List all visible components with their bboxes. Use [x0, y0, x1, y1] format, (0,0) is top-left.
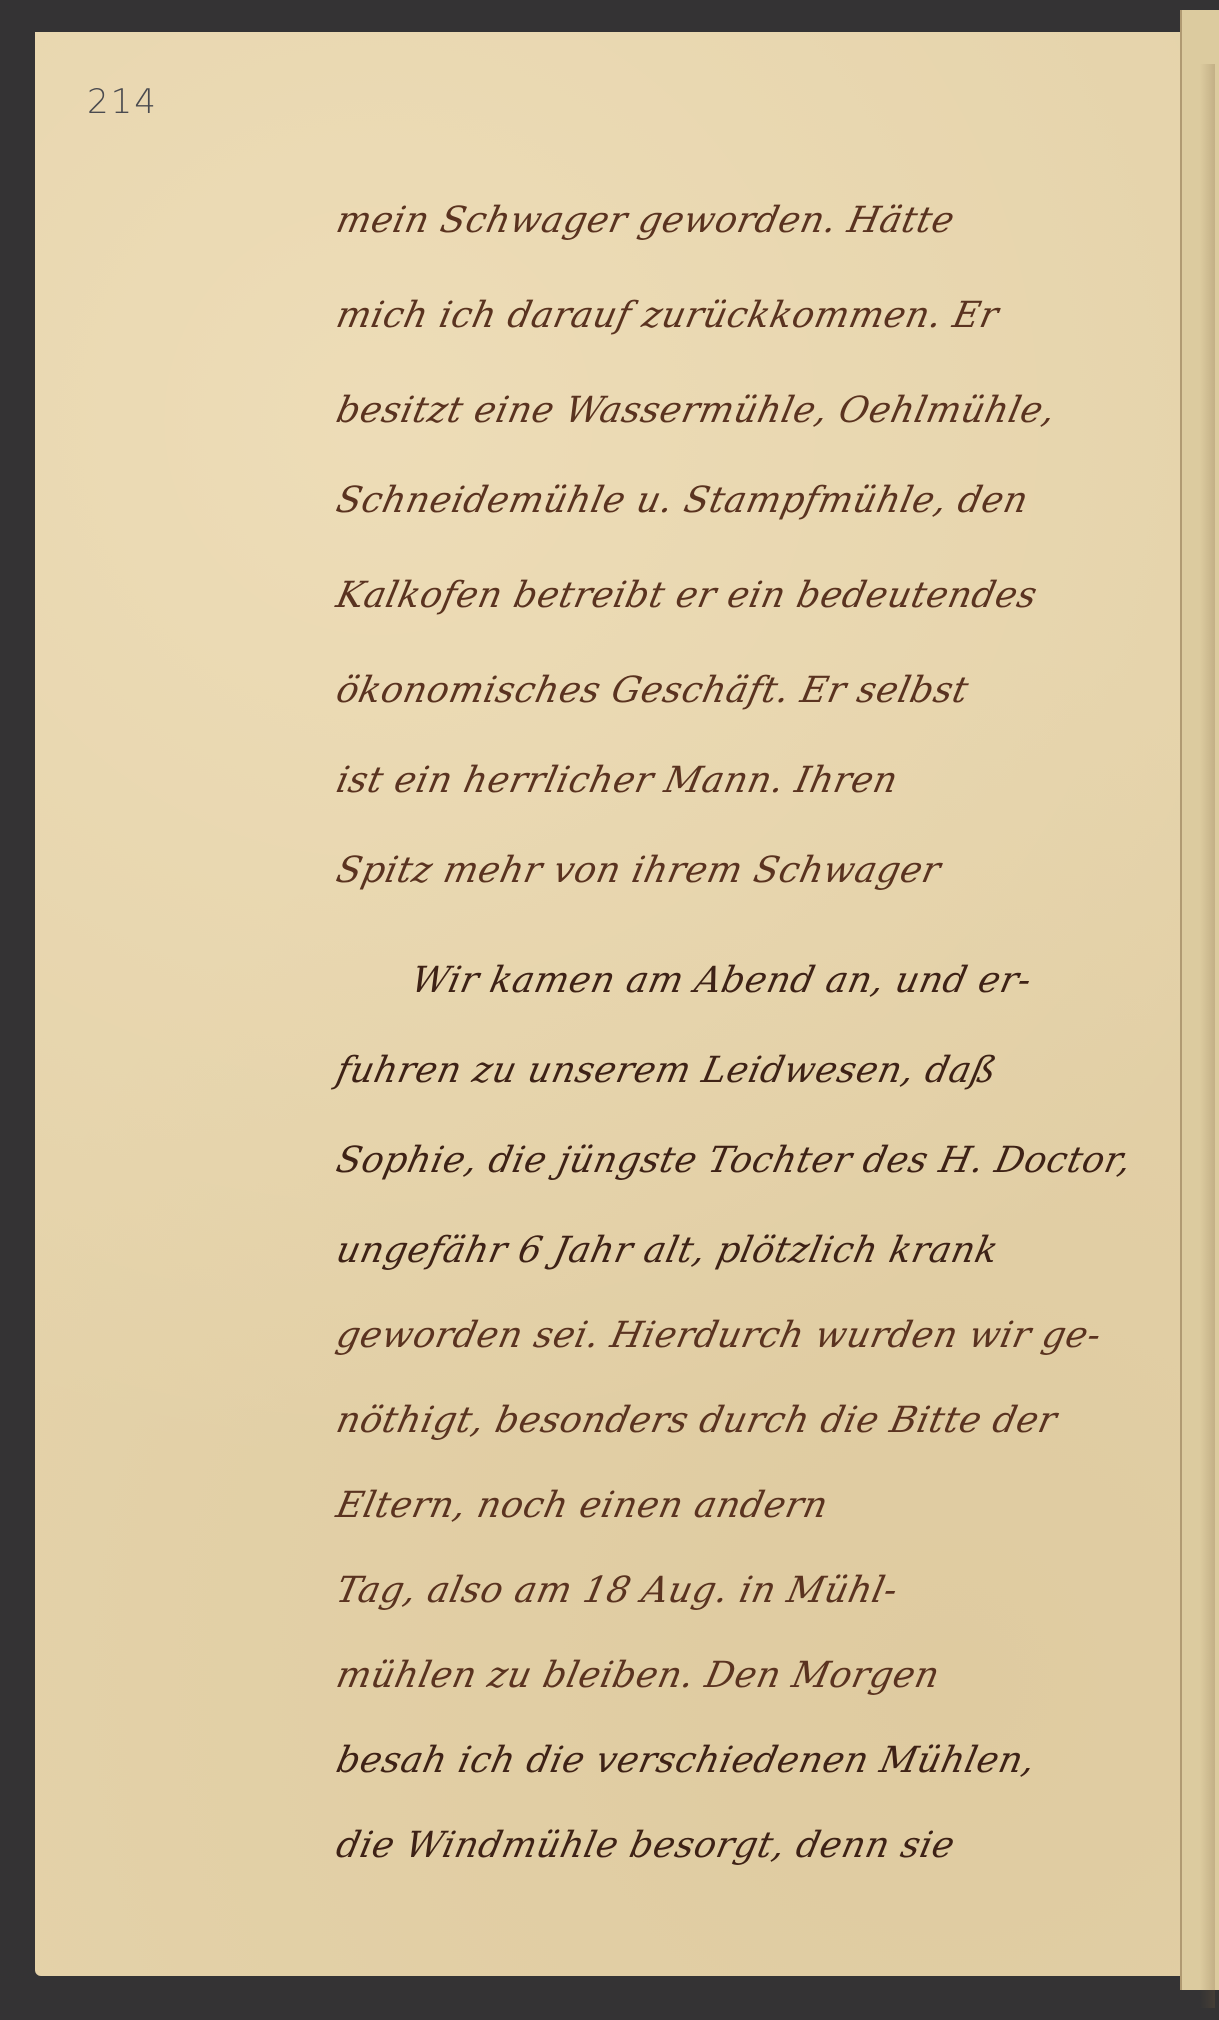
text-line: besitzt eine Wassermühle, Oehlmühle, [329, 390, 1059, 450]
text-line: Wir kamen am Abend an, und er- [404, 960, 1036, 1020]
text-line: Schneidemühle u. Stampfmühle, den [329, 480, 1032, 540]
text-line: besah ich die verschiedenen Mühlen, [329, 1740, 1039, 1800]
text-line: Eltern, noch einen andern [329, 1485, 832, 1545]
text-line: ökonomisches Geschäft. Er selbst [329, 670, 973, 730]
text-line: geworden sei. Hierdurch wurden wir ge- [329, 1315, 1105, 1375]
text-line: Kalkofen betreibt er ein bedeutendes [329, 575, 1041, 635]
text-line: Sophie, die jüngste Tochter des H. Docto… [329, 1140, 1135, 1200]
text-line: die Windmühle besorgt, denn sie [329, 1825, 959, 1885]
text-line: ist ein herrlicher Mann. Ihren [329, 760, 902, 820]
text-line: Tag, also am 18 Aug. in Mühl- [329, 1570, 902, 1630]
text-line: fuhren zu unserem Leidwesen, daß [329, 1050, 1001, 1110]
text-line: mühlen zu bleiben. Den Morgen [329, 1655, 944, 1715]
scan-background: 214 mein Schwager geworden. Hätte mich i… [0, 0, 1219, 2020]
text-line: Spitz mehr von ihrem Schwager [329, 850, 945, 910]
folio-number: 214 [87, 82, 158, 122]
gutter-shadow [1200, 64, 1215, 2008]
text-line: mich ich darauf zurückkommen. Er [329, 295, 1003, 355]
text-line: mein Schwager geworden. Hätte [329, 200, 959, 260]
text-line: nöthigt, besonders durch die Bitte der [329, 1400, 1061, 1460]
text-line: ungefähr 6 Jahr alt, plötzlich krank [329, 1230, 1002, 1290]
